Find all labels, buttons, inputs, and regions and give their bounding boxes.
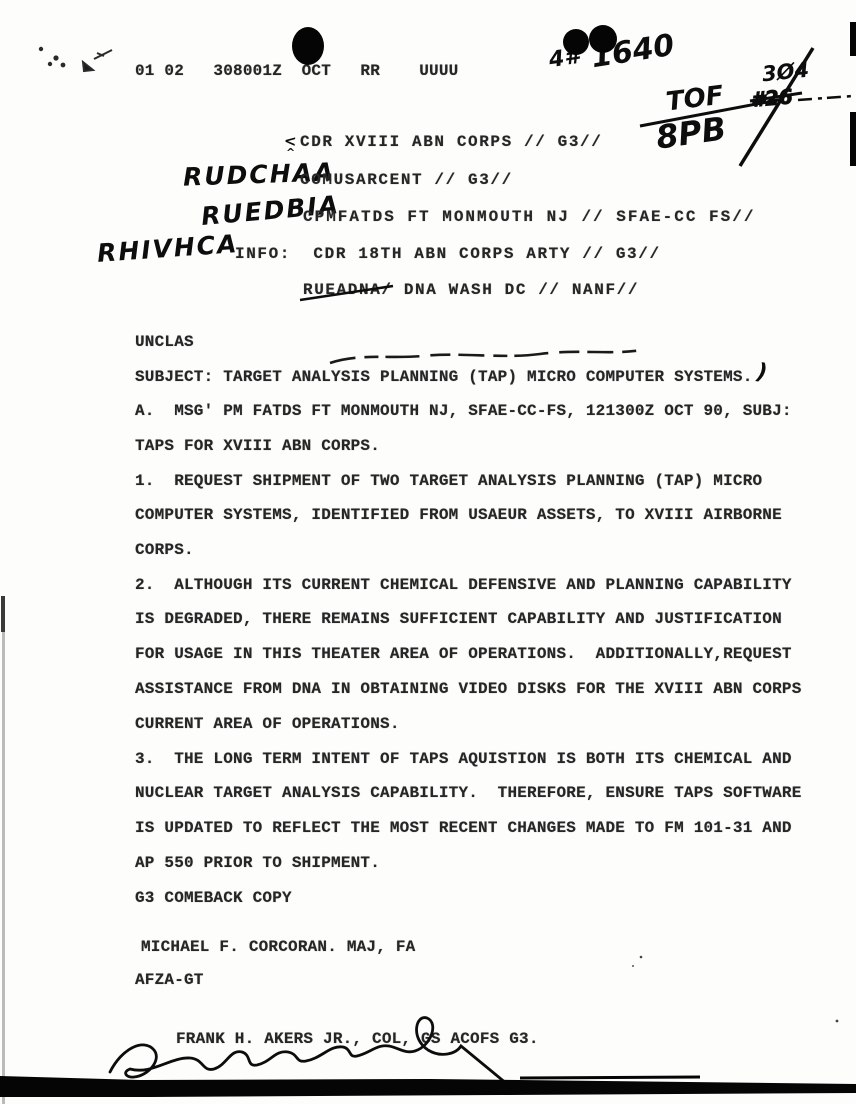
bottom-scan-bar-edge [520, 1077, 700, 1078]
body-line-unclas: UNCLAS [135, 333, 835, 351]
body-line-para2e: CURRENT AREA OF OPERATIONS. [135, 715, 835, 733]
body-line-para3d: AP 550 PRIOR TO SHIPMENT. [135, 854, 835, 872]
office-symbol-line: AFZA-GT [135, 971, 204, 989]
body-line-para1a: 1. REQUEST SHIPMENT OF TWO TARGET ANALYS… [135, 472, 835, 490]
scribble-line-above-subject [330, 350, 642, 363]
routing-line-comusarcent: COMUSARCENT // G3// [300, 171, 513, 189]
routing-line-cpmfatds: CPMFATDS FT MONMOUTH NJ // SFAE-CC FS// [303, 208, 755, 226]
body-line-para2c: FOR USAGE IN THIS THEATER AREA OF OPERAT… [135, 645, 835, 663]
drafter-name-line: MICHAEL F. CORCORAN. MAJ, FA [141, 938, 415, 956]
dashed-strike-stroke [798, 96, 853, 100]
scan-speck [836, 1020, 839, 1023]
bottom-scan-bar [0, 1076, 856, 1097]
body-line-reference-a2: TAPS FOR XVIII ABN CORPS. [135, 437, 835, 455]
pencil-scribble-marks [40, 48, 112, 71]
scanned-message-page: 01 02 308001Z OCT RR UUUU < ^ CDR XVIII … [0, 0, 856, 1104]
message-header-line: 01 02 308001Z OCT RR UUUU [135, 62, 458, 80]
ink-blot-mark [292, 27, 324, 65]
body-line-para1b: COMPUTER SYSTEMS, IDENTIFIED FROM USAEUR… [135, 506, 835, 524]
body-line-para2d: ASSISTANCE FROM DNA IN OBTAINING VIDEO D… [135, 680, 835, 698]
routing-line-action-addressee: CDR XVIII ABN CORPS // G3// [300, 133, 602, 151]
body-line-reference-a: A. MSG' PM FATDS FT MONMOUTH NJ, SFAE-CC… [135, 402, 835, 420]
releaser-name-line: FRANK H. AKERS JR., COL, GS ACOFS G3. [176, 1030, 539, 1048]
body-line-comeback-copy: G3 COMEBACK COPY [135, 889, 835, 907]
handwritten-number-1640: 1640 [589, 28, 677, 76]
body-line-para2b: IS DEGRADED, THERE REMAINS SUFFICIENT CA… [135, 610, 835, 628]
handwritten-struck-number: #26 [750, 84, 794, 112]
handwritten-caret-mark: ^ [286, 146, 295, 159]
body-line-subject: SUBJECT: TARGET ANALYSIS PLANNING (TAP) … [135, 368, 835, 386]
right-edge-artifact [850, 112, 856, 166]
routing-line-info-addressee: INFO: CDR 18TH ABN CORPS ARTY // G3// [235, 245, 661, 263]
cursive-signature [110, 1018, 512, 1088]
scan-speck [640, 956, 643, 959]
body-line-para2a: 2. ALTHOUGH ITS CURRENT CHEMICAL DEFENSI… [135, 576, 835, 594]
scan-speck [632, 965, 634, 967]
right-edge-artifact [850, 22, 856, 56]
handwritten-code-8pb: 8PB [654, 109, 729, 156]
body-line-para3c: IS UPDATED TO REFLECT THE MOST RECENT CH… [135, 819, 835, 837]
handwritten-routing-code-rhivhca: RHIVHCA [96, 229, 239, 268]
body-line-para3a: 3. THE LONG TERM INTENT OF TAPS AQUISTIO… [135, 750, 835, 768]
handwritten-code-304: 3Ø4 [761, 58, 810, 87]
left-edge-scan-line [2, 596, 5, 1104]
left-edge-scan-blob [1, 596, 5, 632]
body-line-para3b: NUCLEAR TARGET ANALYSIS CAPABILITY. THER… [135, 784, 835, 802]
body-line-para1c: CORPS. [135, 541, 835, 559]
handwritten-prefix: 4# [547, 44, 581, 73]
routing-line-rueadna: RUEADNA/ DNA WASH DC // NANF// [303, 281, 639, 299]
